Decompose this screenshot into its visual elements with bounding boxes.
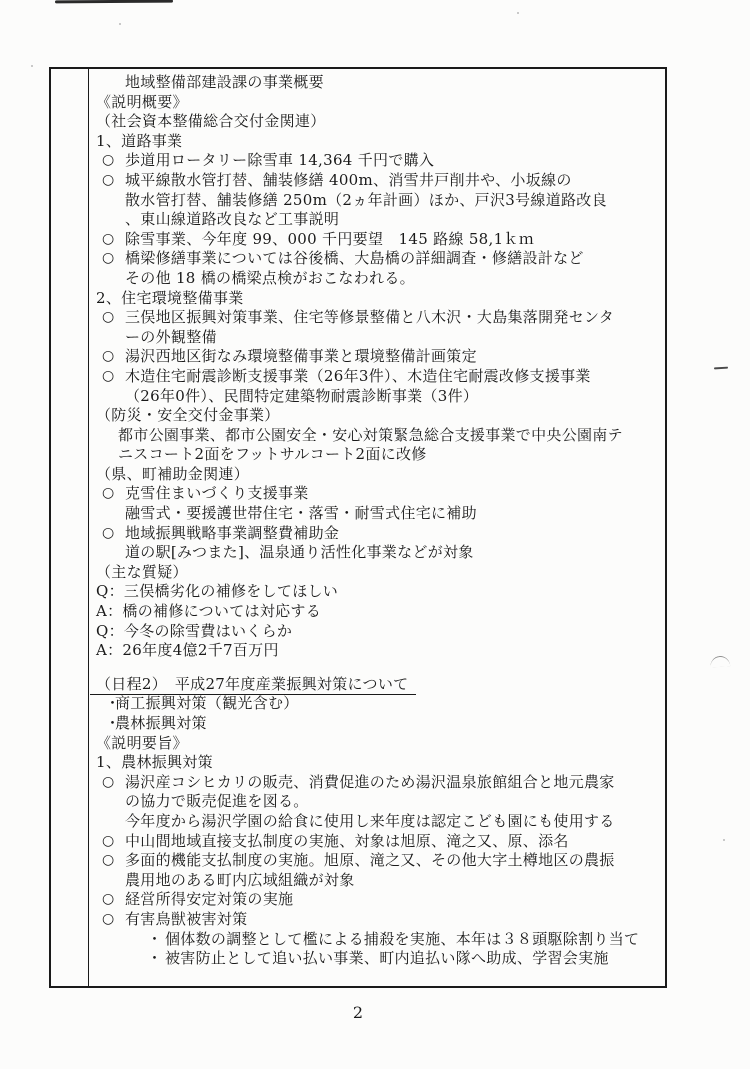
document-line: 今年度から湯沢学園の給食に使用し来年度は認定こども園にも使用する	[90, 812, 664, 832]
line-text: 個体数の調整として檻による捕殺を実施、本年は３８頭駆除割り当て	[165, 930, 639, 950]
document-line: ○ 中山間地域直接支払制度の実施、対象は旭原、滝之又、原、添名	[90, 832, 664, 852]
list-marker-icon: ○	[102, 171, 115, 191]
line-text: 多面的機能支払制度の実施。旭原、滝之又、その他大字土樽地区の農振	[125, 851, 615, 871]
line-text: Q：今冬の除雪費はいくらか	[96, 622, 292, 642]
line-text: Q：三俣橋劣化の補修をしてほしい	[96, 582, 338, 602]
line-text: 都市公園事業、都市公園安全・安心対策緊急総合支援事業で中央公園南テ	[118, 426, 623, 446]
document-line: ・ 商工振興対策（観光含む）	[90, 694, 664, 714]
line-text: 三俣地区振興対策事業、住宅等修景整備と八木沢・大島集落開発センタ	[125, 308, 614, 328]
list-marker-icon: ○	[102, 910, 115, 930]
page-number: 2	[49, 1003, 667, 1022]
line-text: 除雪事業、今年度 99、000 千円要望 145 路線 58,1ｋｍ	[125, 230, 534, 250]
line-text: 中山間地域直接支払制度の実施、対象は旭原、滝之又、原、添名	[125, 832, 569, 852]
document-line: ・ 個体数の調整として檻による捕殺を実施、本年は３８頭駆除割り当て	[90, 930, 664, 950]
document-line: （社会資本整備総合交付金関連）	[90, 112, 664, 132]
line-text: 木造住宅耐震診断支援事業（26年3件）、木造住宅耐震改修支援事業	[125, 367, 591, 387]
document-line: 1、農林振興対策	[90, 753, 664, 773]
document-line: 都市公園事業、都市公園安全・安心対策緊急総合支援事業で中央公園南テ	[90, 426, 664, 446]
document-line: ○ 多面的機能支払制度の実施。旭原、滝之又、その他大字土樽地区の農振	[90, 851, 664, 871]
line-text: 《説明概要》	[96, 93, 188, 113]
document-line: 、東山線道路改良など工事説明	[90, 210, 664, 230]
scan-speck	[517, 12, 519, 14]
line-text: ーの外観整備	[125, 328, 217, 348]
scan-speck	[31, 65, 33, 67]
list-marker-icon: ○	[102, 890, 115, 910]
document-line: 道の駅[みつまた]、温泉通り活性化事業などが対象	[90, 543, 664, 563]
document-line: 《説明概要》	[90, 93, 664, 113]
line-text: 橋梁修繕事業については谷後橋、大島橋の詳細調査・修繕設計など	[125, 249, 584, 269]
document-line: （26年0件）、民間特定建築物耐震診断事業（3件）	[90, 387, 664, 407]
document-line: （防災・安全交付金事業）	[90, 406, 664, 426]
document-line: 融雪式・要援護世帯住宅・落雪・耐雪式住宅に補助	[90, 504, 664, 524]
list-marker-icon: ○	[102, 773, 115, 793]
list-marker-icon: ○	[102, 484, 115, 504]
list-marker-icon: ○	[102, 347, 115, 367]
document-line: ○ 地域振興戦略事業調整費補助金	[90, 524, 664, 544]
document-line: 散水管打替、舗装修繕 250m（2ヵ年計画）ほか、戸沢3号線道路改良	[90, 191, 664, 211]
document-line: A：橋の補修については対応する	[90, 602, 664, 622]
line-text: （主な質疑）	[96, 563, 188, 583]
document-line: ○ 湯沢産コシヒカリの販売、消費促進のため湯沢温泉旅館組合と地元農家	[90, 773, 664, 793]
list-marker-icon: ・	[147, 930, 162, 950]
document-line: ○ 木造住宅耐震診断支援事業（26年3件）、木造住宅耐震改修支援事業	[90, 367, 664, 387]
document-line: A：26年度4億2千7百万円	[90, 641, 664, 661]
line-text: ニスコート2面をフットサルコート2面に改修	[118, 445, 427, 465]
line-text: 散水管打替、舗装修繕 250m（2ヵ年計画）ほか、戸沢3号線道路改良	[125, 191, 607, 211]
document-line: ーの外観整備	[90, 328, 664, 348]
line-text: （26年0件）、民間特定建築物耐震診断事業（3件）	[125, 387, 478, 407]
list-marker-icon: ・	[105, 694, 120, 714]
line-text: 1、道路事業	[96, 132, 182, 152]
list-marker-icon: ○	[102, 151, 115, 171]
line-text: （日程2） 平成27年度産業振興対策について	[90, 675, 416, 696]
document-line: ○ 城平線散水管打替、舗装修繕 400m、消雪井戸削井や、小坂線の	[90, 171, 664, 191]
document-line: ○ 湯沢西地区街なみ環境整備事業と環境整備計画策定	[90, 347, 664, 367]
line-text: 経営所得安定対策の実施	[125, 890, 293, 910]
line-text: （県、町補助金関連）	[96, 465, 249, 485]
scan-speck	[723, 839, 725, 841]
scan-streak-artifact	[55, 0, 173, 3]
line-text: 農用地のある町内広域組織が対象	[125, 871, 355, 891]
document-line: 2、住宅環境整備事業	[90, 289, 664, 309]
list-marker-icon: ○	[102, 832, 115, 852]
line-text: 融雪式・要援護世帯住宅・落雪・耐雪式住宅に補助	[125, 504, 477, 524]
line-text: 今年度から湯沢学園の給食に使用し来年度は認定こども園にも使用する	[125, 812, 615, 832]
document-line: 《説明要旨》	[90, 734, 664, 754]
document-line: （日程2） 平成27年度産業振興対策について	[90, 675, 664, 695]
document-line: の協力で販売促進を図る。	[90, 792, 664, 812]
document-line: ニスコート2面をフットサルコート2面に改修	[90, 445, 664, 465]
document-line: （県、町補助金関連）	[90, 465, 664, 485]
line-text: 2、住宅環境整備事業	[96, 289, 244, 309]
line-text: 克雪住まいづくり支援事業	[125, 484, 309, 504]
line-text: （防災・安全交付金事業）	[96, 406, 280, 426]
document-line: （主な質疑）	[90, 563, 664, 583]
document-line: ○ 経営所得安定対策の実施	[90, 890, 664, 910]
list-marker-icon: ○	[102, 367, 115, 387]
scan-curve-artifact	[710, 655, 731, 667]
document-line: ○ 除雪事業、今年度 99、000 千円要望 145 路線 58,1ｋｍ	[90, 230, 664, 250]
document-table: 地域整備部建設課の事業概要 《説明概要》 （社会資本整備総合交付金関連） 1、道…	[49, 67, 667, 988]
line-text: 商工振興対策（観光含む）	[115, 694, 299, 714]
document-line: Q：三俣橋劣化の補修をしてほしい	[90, 582, 664, 602]
document-line: ・ 被害防止として追い払い事業、町内追払い隊へ助成、学習会実施	[90, 949, 664, 969]
line-text: A：橋の補修については対応する	[96, 602, 321, 622]
document-line: 1、道路事業	[90, 132, 664, 152]
list-marker-icon: ○	[102, 308, 115, 328]
line-text: A：26年度4億2千7百万円	[96, 641, 279, 661]
document-line: 地域整備部建設課の事業概要	[90, 73, 664, 93]
line-text: 農林振興対策	[115, 714, 207, 734]
line-text: 湯沢産コシヒカリの販売、消費促進のため湯沢温泉旅館組合と地元農家	[125, 773, 615, 793]
list-marker-icon: ○	[102, 230, 115, 250]
list-marker-icon: ・	[105, 714, 120, 734]
list-marker-icon: ○	[102, 249, 115, 269]
document-line: ○ 三俣地区振興対策事業、住宅等修景整備と八木沢・大島集落開発センタ	[90, 308, 664, 328]
line-text: 地域振興戦略事業調整費補助金	[125, 524, 339, 544]
line-text: 湯沢西地区街なみ環境整備事業と環境整備計画策定	[125, 347, 477, 367]
scan-speck	[119, 23, 121, 25]
line-text: 城平線散水管打替、舗装修繕 400m、消雪井戸削井や、小坂線の	[125, 171, 572, 191]
list-marker-icon: ○	[102, 851, 115, 871]
line-text: の協力で販売促進を図る。	[125, 792, 309, 812]
document-line: 農用地のある町内広域組織が対象	[90, 871, 664, 891]
scan-dash-artifact	[714, 367, 728, 370]
line-text: 有害鳥獣被害対策	[125, 910, 247, 930]
line-text: 1、農林振興対策	[96, 753, 213, 773]
document-line: ○ 克雪住まいづくり支援事業	[90, 484, 664, 504]
document-line: ○ 有害鳥獣被害対策	[90, 910, 664, 930]
line-text: 道の駅[みつまた]、温泉通り活性化事業などが対象	[125, 543, 474, 563]
document-content: 地域整備部建設課の事業概要 《説明概要》 （社会資本整備総合交付金関連） 1、道…	[90, 73, 664, 984]
document-line	[90, 661, 664, 675]
line-text: 被害防止として追い払い事業、町内追払い隊へ助成、学習会実施	[165, 949, 609, 969]
list-marker-icon: ・	[147, 949, 162, 969]
line-text: 《説明要旨》	[96, 734, 188, 754]
document-line: その他 18 橋の橋梁点検がおこなわれる。	[90, 269, 664, 289]
document-line: Q：今冬の除雪費はいくらか	[90, 622, 664, 642]
line-text: その他 18 橋の橋梁点検がおこなわれる。	[125, 269, 415, 289]
document-line: ○ 橋梁修繕事業については谷後橋、大島橋の詳細調査・修繕設計など	[90, 249, 664, 269]
document-line: ○ 歩道用ロータリー除雪車 14,364 千円で購入	[90, 151, 664, 171]
line-text: 歩道用ロータリー除雪車 14,364 千円で購入	[125, 151, 434, 171]
line-text: （社会資本整備総合交付金関連）	[96, 112, 326, 132]
left-margin-column	[51, 69, 89, 986]
document-line: ・ 農林振興対策	[90, 714, 664, 734]
list-marker-icon: ○	[102, 524, 115, 544]
line-text: 、東山線道路改良など工事説明	[125, 210, 339, 230]
line-text: 地域整備部建設課の事業概要	[125, 73, 324, 93]
